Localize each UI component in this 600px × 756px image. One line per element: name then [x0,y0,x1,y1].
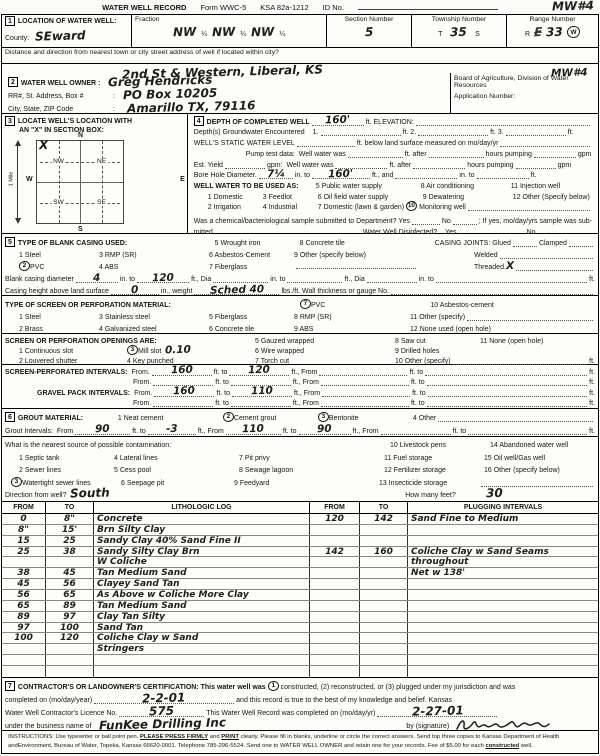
log-row: 1525Sandy Clay 40% Sand Fine II [2,536,598,547]
bore-depth-value: 160' [328,168,353,179]
log-cell [360,525,408,535]
log-row: Stringers [2,644,598,655]
lithologic-log-table: FROM TO LITHOLOGIC LOG FROM TO PLUGGING … [2,502,598,678]
option-label: 4 Lateral lines [114,455,239,462]
log-cell [408,525,598,535]
pump-blank-2 [429,150,484,158]
gw-3: ft. 3. [490,129,504,136]
ft-from: ft., From [291,369,317,376]
log-cell [408,590,598,600]
monitoring-blank [468,203,590,211]
option-label: 9 Drilled holes [395,348,439,355]
section3-title-2: AN "X" IN SECTION BOX: [19,127,184,134]
log-cell [2,557,46,567]
bore-diameter-value: 7¼ [267,168,285,179]
log-cell [94,655,310,665]
chem-suffix: ; If yes, mo/day/yrs sample was sub- [479,218,592,225]
agency-block: Board of Agriculture, Division of Water … [450,73,598,113]
log-cell: Clayey Sand Tan [94,579,310,589]
form-body: 1LOCATION OF WATER WELL: County: SEward … [1,14,599,754]
ft-to: ft. to [411,400,425,407]
gp-blank-6 [427,399,588,407]
ft-to: ft. to [411,379,425,386]
log-cell [360,601,408,611]
water-well-record-form: WATER WELL RECORD Form WWC-5 KSA 82a-121… [0,0,600,756]
section2-number: 2 [8,77,18,87]
gpm-label: gpm [578,151,592,158]
log-row: 3845Tan Medium SandNet w 138' [2,568,598,579]
section3-title-1: LOCATE WELL'S LOCATION WITH [18,118,132,125]
certification-text-1: CONTRACTOR'S OR LANDOWNER'S CERTIFICATIO… [18,684,266,691]
in-to: in. to [295,172,310,179]
option-label: 14 Abandoned water well [490,442,568,449]
section7-number: 7 [5,681,15,691]
ft-dia: ft., Dia [191,276,211,283]
gp-to-value: 110 [251,386,273,397]
ft-and: ft., and [372,172,393,179]
ft-to: ft. to [214,369,228,376]
est-yield-label: Est. Yield [194,162,223,169]
log-cell: 15' [46,525,94,535]
sp-blank-5 [321,378,409,386]
gw-1: 1. [313,129,319,136]
ft-to: ft. to [453,428,467,435]
log-cell [310,633,360,643]
instructions-text: well. [519,743,532,749]
welded-label: Welded [474,252,498,259]
log-cell: throughout [408,557,598,567]
hours-pumping: hours pumping [467,162,513,169]
fraction-label: Fraction [135,16,160,23]
from-label: From [57,428,73,435]
elevation-label: ft. ELEVATION: [366,119,414,126]
distance-row: Distance and direction from nearest town… [2,48,598,64]
log-cell: Stringers [94,644,310,654]
log-cell [408,655,598,665]
gw-blank-3 [506,128,566,136]
township-cell: Township Number T 35 S [412,15,507,47]
business-name-label: under the business name of [5,723,91,730]
arrow-up-icon [15,140,21,146]
pvc-label: PVC [30,264,44,271]
west-label: W [26,176,33,183]
threaded-blank [516,263,593,271]
bentonite-circled-3: 3 [318,411,330,422]
ft-from: ft., From [353,428,379,435]
option-label: 11 None (open hole) [480,338,543,345]
gp-blank-3 [153,399,213,407]
ft-after: ft. after [405,151,427,158]
log-cell: 56 [46,579,94,589]
section2-title: WATER WELL OWNER : [21,80,100,87]
pump-test-label: Pump test data: [246,151,295,158]
log-cell: 0 [2,514,46,524]
option-label: 7 Domestic (lawn & garden) [318,204,404,211]
gauge-blank [391,287,593,295]
casing-height-label: Casing height above land surface [5,288,109,295]
fraction-cell: Fraction NW¼ NW¼ NW¼ [132,15,327,47]
chem-sample-question: Was a chemical/bacteriological sample su… [194,218,410,225]
log-cell [310,590,360,600]
log-cell [360,633,408,643]
section6-number: 6 [5,412,15,422]
section6-grout: 6 GROUT MATERIAL: 1 Neat cement 2Cement … [2,409,598,437]
mile-label: 1 Mile [8,172,14,187]
log-cell: 160 [360,547,408,557]
form-header: WATER WELL RECORD Form WWC-5 KSA 82a-121… [0,3,600,12]
log-cell [46,644,94,654]
range-crossed-out: E [534,26,543,39]
log-row: 8"15'Brn Silty Clay [2,525,598,536]
log-cell [46,655,94,665]
ne-quadrant-label: NE [95,158,108,165]
log-cell: 120 [310,514,360,524]
ft-from: ft., From [293,379,319,386]
threaded-x-mark: X [506,261,514,272]
log-cell [408,536,598,546]
log-cell: 45 [2,579,46,589]
option-label: 2 Irrigation [208,204,263,211]
option-label: 4 Other [413,415,436,422]
log-cell [408,633,598,643]
section3-4: 3LOCATE WELL'S LOCATION WITH AN "X" IN S… [2,114,598,234]
dashed-line [59,141,60,223]
range-r: R [525,31,530,38]
log-cell [46,557,94,567]
log-row: 2538Sandy Silty Clay Brn142160Coliche Cl… [2,547,598,558]
log-cell [360,655,408,665]
log-table-body: 08"Concrete120142Sand Fine to Medium8"15… [2,514,598,677]
log-cell [360,623,408,633]
direction-value: South [70,487,110,500]
static-level-label: WELL'S STATIC WATER LEVEL [194,140,295,147]
option-label: 6 Concrete tile [209,326,294,333]
monitoring-well-circled-10: 10 [406,201,418,212]
pvc-label: PVC [311,302,325,309]
log-cell: Sand Tan [94,623,310,633]
bentonite-label: Bentonite [329,415,359,422]
log-cell [408,579,598,589]
section4-number: 4 [194,116,204,126]
log-row [2,655,598,666]
casing-depth-value: 120 [152,272,174,283]
sp-blank-6 [427,378,588,386]
casing-title: TYPE OF BLANK CASING USED: [18,240,157,247]
gpm-label: gpm [558,162,572,169]
grout-blank-2 [468,427,587,435]
log-cell: 97 [2,623,46,633]
log-cell [360,666,408,677]
log-cell [310,568,360,578]
instructions-text: and [208,734,221,740]
no-label: No [442,218,451,225]
casing-joints-label: CASING JOINTS: Glued [435,240,511,247]
gp-blank-4 [231,399,291,407]
township-label: Township Number [432,16,486,23]
section-number-label: Section Number [345,16,394,23]
use-label: WELL WATER TO BE USED AS: [194,183,316,190]
grout-blank-1 [381,427,451,435]
owner-left: 2 WATER WELL OWNER : Greg Hendricks RR#,… [2,73,450,113]
option-label: 3 RMP (SR) [99,252,209,259]
cement-grout-label: Cement grout [234,415,276,422]
in-weight: in., weight [161,288,193,295]
log-cell [310,557,360,567]
colon: : [113,106,115,113]
feet-value: 30 [486,487,503,499]
sp-from-value: 160 [171,365,193,376]
county-cell: 1LOCATION OF WATER WELL: County: SEward [2,15,132,47]
log-cell: 120 [46,633,94,643]
quarter-symbol: ¼ [201,31,207,38]
log-row: 6589Tan Medium Sand [2,601,598,612]
log-cell: 100 [2,633,46,643]
application-number-label: Application Number: [454,93,595,100]
certification-text-1b: constructed, (2) reconstructed, or (3) p… [281,684,516,691]
grout-title: GROUT MATERIAL: [18,415,118,422]
signature-label: by (signature) [406,723,449,730]
option-label: 6 Wire wrapped [255,348,395,355]
township-value: 35 [450,26,467,38]
log-cell [310,612,360,622]
constructed-circled-1: 1 [267,680,279,691]
gw-2: ft. 2. [403,129,417,136]
option-label: 1 Domestic [208,194,263,201]
option-label: 6 Seepage pit [121,480,234,487]
log-cell [408,644,598,654]
option-label: 5 Gauzed wrapped [255,338,395,345]
log-row: 8997Clay Tan Silty [2,612,598,623]
option-label: 11 Fuel storage [384,455,484,462]
log-cell [310,623,360,633]
option-label: 11 Other (specify) [410,314,465,321]
colon: : [113,93,115,100]
log-cell [310,601,360,611]
gp-blank-2 [428,389,587,397]
static-level-suffix: ft. below land surface measured on mo/da… [357,140,499,147]
constructed-underlined: constructed [485,743,519,749]
section5-number: 5 [5,237,15,247]
township-t: T [438,31,442,38]
option-label: 9 ABS [294,326,410,333]
option-label: 3 Feedlot [263,194,318,201]
log-cell: 65 [2,601,46,611]
option-label: 5 Wrought iron [215,240,300,247]
city-value: Amarillo TX, 79116 [127,99,256,114]
print-underlined: PRINT [221,734,239,740]
log-cell: 89 [46,601,94,611]
log-cell [94,666,310,677]
log-cell [360,568,408,578]
option-label: 16 Other (specify below) [484,467,560,474]
depth-label: DEPTH OF COMPLETED WELL [207,119,310,126]
ft-label: ft. [589,369,595,376]
south-label: S [78,226,83,233]
option-label: 8 Air conditioning [421,183,511,190]
gw-blank-1 [321,128,401,136]
log-cell [408,601,598,611]
log-cell: Sandy Silty Clay Brn [94,547,310,557]
ft-to: ft. to [409,369,423,376]
mill-slot-circled-3: 3 [127,345,139,356]
casing-weight-value: Sched 40 [210,284,264,296]
county-label: County: [5,35,29,42]
log-cell [2,644,46,654]
one-mile-scale: 1 Mile [12,140,22,224]
pvc-circled-2: 2 [19,261,31,272]
col-header-to: TO [46,502,94,513]
ksa-number: KSA 82a-1212 [260,3,308,12]
other-opening-blank [453,357,588,365]
option-label: 10 Other (specify) [395,358,451,365]
option-label: 4 ABS [99,264,209,271]
well-water-was: Well water was [287,162,334,169]
ft-label: ft. [589,400,595,407]
log-cell: 100 [46,623,94,633]
form-number: Form WWC-5 [200,3,246,12]
log-cell: 56 [2,590,46,600]
log-cell: 15 [2,536,46,546]
contamination-question: What is the nearest source of possible c… [5,442,390,449]
sw-quadrant-label: SW [51,199,65,206]
option-label: 5 Public water supply [316,183,421,190]
log-cell [360,536,408,546]
well-x-mark: X [39,139,49,151]
log-cell: Concrete [94,514,310,524]
log-cell: Net w 138' [408,568,598,578]
glued-blank [513,239,537,247]
log-cell [360,612,408,622]
screen-material: TYPE OF SCREEN OR PERFORATION MATERIAL: … [2,296,598,334]
hours-pumping: hours pumping [486,151,532,158]
section4-well-data: 4 DEPTH OF COMPLETED WELL 160' ft. ELEVA… [188,114,598,233]
in-to: in. to [419,276,434,283]
col-header-from-2: FROM [310,502,360,513]
dashed-line [102,141,103,223]
ft-after: ft. after [389,162,411,169]
welded-blank [500,251,593,259]
option-label: 6 Oil field water supply [318,194,423,201]
option-label: 11 Injection well [511,183,560,190]
id-label: ID No. [323,3,344,12]
log-cell: Tan Medium Sand [94,601,310,611]
instructions-text: INSTRUCTIONS: Use typewriter or ball poi… [8,734,140,740]
ft-from: ft., From [198,428,224,435]
log-cell [408,623,598,633]
ft-label: ft. [589,358,595,365]
bore-hole-label: Bore Hole Diameter. [194,172,257,179]
record-date-value: 2-27-01 [411,704,463,717]
nw-quadrant-label: NW [51,158,66,165]
other-casing-blank [296,261,416,269]
option-label: 5 Cess pool [114,467,239,474]
monitoring-well-label: Monitoring well [419,204,466,211]
col-header-to-2: TO [360,502,408,513]
distance-label: Distance and direction from nearest town… [5,49,279,56]
business-name-value: FunKee Drilling Inc [99,716,226,731]
chem-no-blank [453,217,477,225]
contamination-section: What is the nearest source of possible c… [2,437,598,502]
ft-dia: ft., Dia [344,276,364,283]
elevation-blank [416,118,590,126]
log-cell: 45 [46,568,94,578]
gw-blank-2 [418,128,488,136]
pump-blank-3 [534,150,576,158]
log-cell [408,612,598,622]
press-firmly-underlined: PLEASE PRESS FIRMLY [140,734,208,740]
option-label: 8 Concrete tile [300,240,435,247]
log-cell [310,536,360,546]
sp-blank-2 [425,368,587,376]
option-label: 2 Sewer lines [19,467,114,474]
dia-blank-1 [213,275,268,283]
county-value: SEward [35,29,86,42]
dia-blank-2 [287,275,342,283]
log-cell [46,666,94,677]
agency-name: Board of Agriculture, Division of Water … [454,75,595,89]
option-label: 10 Asbestos-cement [430,302,493,309]
static-date-blank [500,139,590,147]
grout-1-from: 90 [95,424,110,435]
col-header-from: FROM [2,502,46,513]
screen-material-title: TYPE OF SCREEN OR PERFORATION MATERIAL: [5,302,220,309]
gp-from-value: 160 [173,386,195,397]
col-header-lithologic-log: LITHOLOGIC LOG [94,502,310,513]
ft-label: ft. [589,390,595,397]
sp-to-value: 120 [248,365,270,376]
log-row: 100120Coliche Clay w Sand [2,633,598,644]
option-label: 12 None used (open hole) [410,326,491,333]
other-grout-blank [438,414,593,422]
log-cell: 25 [2,547,46,557]
gp-blank-1 [322,389,410,397]
ft-to: ft. to [215,400,229,407]
option-label: 9 Dewatering [423,194,513,201]
se-quadrant-label: SE [95,199,108,206]
section2-owner: 2 WATER WELL OWNER : Greg Hendricks RR#,… [2,73,598,114]
instructions-text: Environment, Bureau of Water, Topeka, Ka… [18,743,486,749]
section3-number: 3 [5,116,15,126]
range-value: 33 [546,26,563,38]
from-label: From. [133,379,151,386]
section7-certification: 7 CONTRACTOR'S OR LANDOWNER'S CERTIFICAT… [2,678,598,731]
option-label: 10 Livestock pens [390,442,490,449]
depth-value: 160' [325,115,350,126]
log-cell: 89 [2,612,46,622]
clamped-label: Clamped [539,240,567,247]
est-yield-blank [225,161,265,169]
other-screen-blank [467,313,593,321]
log-cell [310,525,360,535]
log-cell [2,666,46,677]
watertight-sewer-circled-3: 3 [11,477,23,488]
form-title: WATER WELL RECORD [102,3,186,12]
mill-slot-label: Mill slot [138,348,161,355]
option-label: 7 Fiberglass [209,264,294,271]
clamped-blank [569,239,593,247]
log-cell: Brn Silty Clay [94,525,310,535]
bore-blank-3 [477,171,529,179]
ft-to: ft. to [132,428,146,435]
option-label: 1 Septic tank [19,455,114,462]
option-label: 4 Galvanized steel [99,326,209,333]
log-cell [360,579,408,589]
casing-diameter-value: 4 [93,273,101,284]
fraction-3: NW [251,26,275,39]
range-cell: Range Number R E 33 W [507,15,598,47]
completed-on-label: completed on (mo/day/year) [5,697,92,704]
ft-to: ft. to [215,379,229,386]
